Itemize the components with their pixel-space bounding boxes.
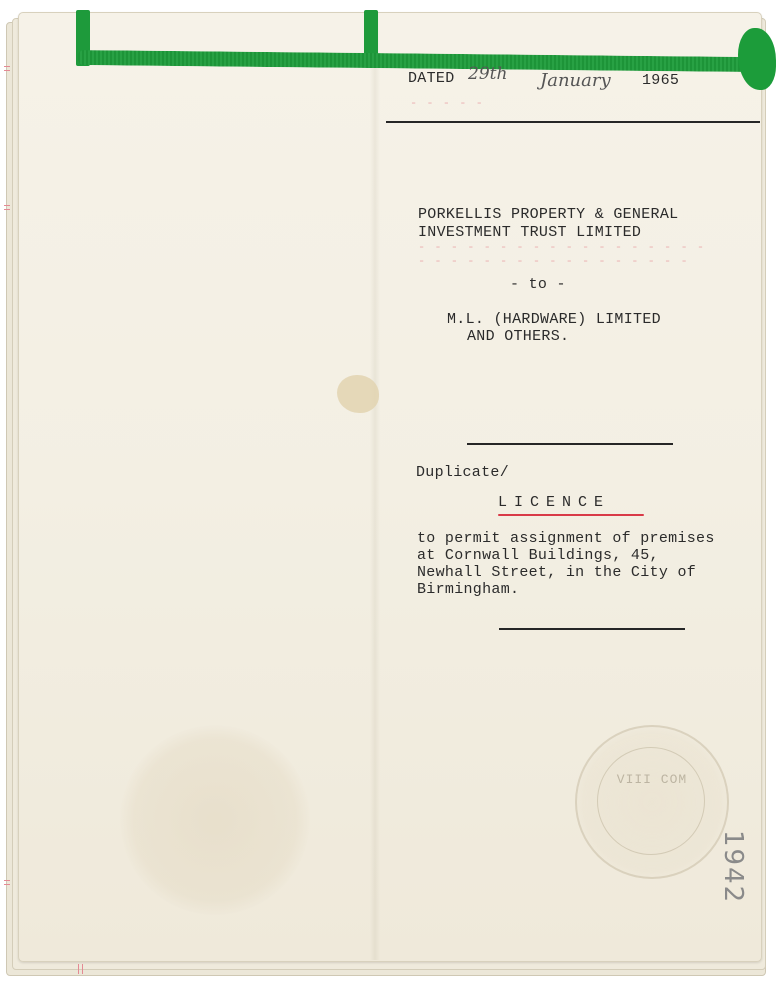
pencil-reference-number: 1942 — [718, 830, 748, 904]
center-fold — [370, 12, 380, 960]
description-line3: Newhall Street, in the City of — [417, 564, 696, 581]
seal-text: VIII COM — [577, 772, 727, 787]
faint-carbon-text: - - - - - — [410, 96, 484, 110]
dated-label: DATED — [408, 70, 455, 87]
description-line4: Birmingham. — [417, 581, 519, 598]
margin-mark — [4, 205, 10, 210]
copy-type: Duplicate/ — [416, 464, 509, 481]
margin-mark — [78, 964, 83, 974]
faint-carbon-text: - - - - - - - - - - - - - - - - - — [418, 254, 689, 268]
party-to-line2: AND OTHERS. — [467, 328, 569, 345]
embossed-seal-left — [120, 725, 310, 915]
description-line1: to permit assignment of premises — [417, 530, 715, 547]
dated-month-handwritten: January — [540, 70, 611, 91]
party-from-line2: INVESTMENT TRUST LIMITED — [418, 224, 641, 241]
description-line2: at Cornwall Buildings, 45, — [417, 547, 659, 564]
title-underline — [498, 514, 644, 516]
faint-carbon-text: - - - - - - - - - - - - - - - - - - — [418, 240, 705, 254]
separator-rule — [467, 443, 673, 445]
header-rule — [386, 121, 760, 123]
margin-mark — [4, 880, 10, 885]
seal-inner-ring — [597, 747, 705, 855]
paper-stain — [337, 375, 379, 413]
dated-year: 1965 — [642, 72, 679, 89]
dated-day-handwritten: 29th — [468, 64, 507, 84]
connector-to: - to - — [510, 276, 566, 293]
margin-mark — [4, 66, 10, 71]
footer-rule — [499, 628, 685, 630]
party-to-line1: M.L. (HARDWARE) LIMITED — [447, 311, 661, 328]
document-title: LICENCE — [498, 494, 610, 511]
embossed-seal-right: VIII COM — [575, 725, 729, 879]
party-from-line1: PORKELLIS PROPERTY & GENERAL — [418, 206, 678, 223]
